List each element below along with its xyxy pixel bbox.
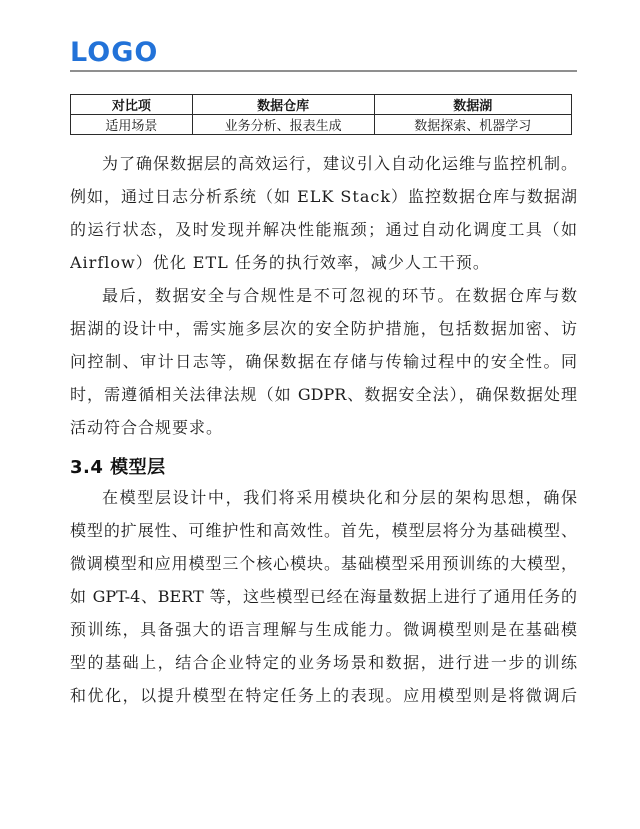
paragraph-security-compliance: 最后，数据安全与合规性是不可忽视的环节。在数据仓库与数据湖的设计中，需实施多层次… <box>70 279 577 444</box>
text-line: 微调模型和应用模型三个核心模块。基础模型采用预训练的大模型， <box>70 547 577 580</box>
text-line: 的运行状态，及时发现并解决性能瓶颈；通过自动化调度工具（如 <box>70 213 577 246</box>
text-line: 活动符合合规要求。 <box>70 411 577 444</box>
text-line: Airflow）优化 ETL 任务的执行效率，减少人工干预。 <box>70 246 577 279</box>
text-line: 预训练，具备强大的语言理解与生成能力。微调模型则是在基础模 <box>70 613 577 646</box>
text-line: 时，需遵循相关法律法规（如 GDPR、数据安全法），确保数据处理 <box>70 378 577 411</box>
comparison-table-body: 适用场景业务分析、报表生成数据探索、机器学习 <box>71 115 572 135</box>
header-divider <box>70 70 577 72</box>
text-line: 和优化，以提升模型在特定任务上的表现。应用模型则是将微调后 <box>70 679 577 712</box>
text-line: 问控制、审计日志等，确保数据在存储与传输过程中的安全性。同 <box>70 345 577 378</box>
page-header: LOGO <box>70 40 577 72</box>
document-body: 为了确保数据层的高效运行，建议引入自动化运维与监控机制。例如，通过日志分析系统（… <box>70 147 577 712</box>
paragraph-automation: 为了确保数据层的高效运行，建议引入自动化运维与监控机制。例如，通过日志分析系统（… <box>70 147 577 279</box>
comparison-table-header-row: 对比项数据仓库数据湖 <box>71 95 572 115</box>
text-line: 最后，数据安全与合规性是不可忽视的环节。在数据仓库与数 <box>70 279 577 312</box>
paragraph-model-layer: 在模型层设计中，我们将采用模块化和分层的架构思想，确保模型的扩展性、可维护性和高… <box>70 481 577 712</box>
text-line: 为了确保数据层的高效运行，建议引入自动化运维与监控机制。 <box>70 147 577 180</box>
table-cell: 数据探索、机器学习 <box>374 115 571 135</box>
table-header-cell: 数据湖 <box>374 95 571 115</box>
text-line: 模型的扩展性、可维护性和高效性。首先，模型层将分为基础模型、 <box>70 514 577 547</box>
table-cell: 业务分析、报表生成 <box>192 115 374 135</box>
table-header-cell: 对比项 <box>71 95 193 115</box>
comparison-table: 对比项数据仓库数据湖 适用场景业务分析、报表生成数据探索、机器学习 <box>70 94 572 135</box>
logo: LOGO <box>70 40 577 66</box>
text-line: 如 GPT-4、BERT 等，这些模型已经在海量数据上进行了通用任务的 <box>70 580 577 613</box>
document-page: LOGO 对比项数据仓库数据湖 适用场景业务分析、报表生成数据探索、机器学习 为… <box>0 0 640 829</box>
section-heading-3-4: 3.4 模型层 <box>70 455 577 481</box>
table-header-cell: 数据仓库 <box>192 95 374 115</box>
table-cell: 适用场景 <box>71 115 193 135</box>
text-line: 据湖的设计中，需实施多层次的安全防护措施，包括数据加密、访 <box>70 312 577 345</box>
text-line: 型的基础上，结合企业特定的业务场景和数据，进行进一步的训练 <box>70 646 577 679</box>
table-row: 适用场景业务分析、报表生成数据探索、机器学习 <box>71 115 572 135</box>
text-line: 例如，通过日志分析系统（如 ELK Stack）监控数据仓库与数据湖 <box>70 180 577 213</box>
text-line: 在模型层设计中，我们将采用模块化和分层的架构思想，确保 <box>70 481 577 514</box>
